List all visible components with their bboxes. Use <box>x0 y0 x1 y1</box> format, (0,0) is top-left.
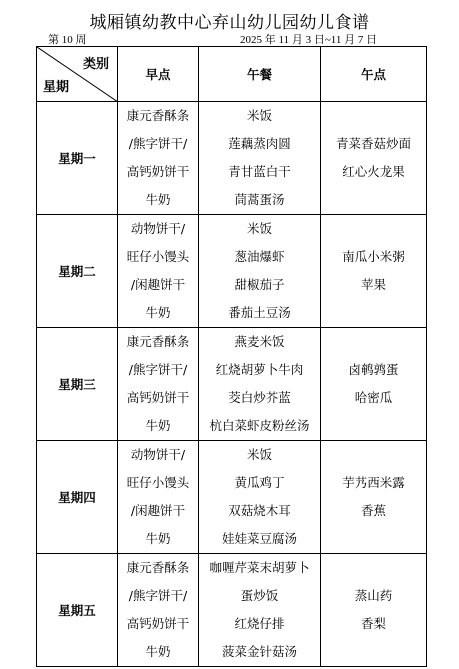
corner-header-cell: 类别 星期 <box>37 47 118 102</box>
category-label: 类别 <box>83 53 109 72</box>
day-cell: 星期五 <box>37 554 118 667</box>
breakfast-cell: 康元香酥条/熊字饼干/高钙奶饼干牛奶 <box>118 102 199 215</box>
menu-item: 康元香酥条 <box>118 102 198 130</box>
menu-item: 莲藕蒸肉圆 <box>199 130 320 158</box>
menu-item: 苹果 <box>321 271 426 299</box>
menu-item: 咖喱芹菜末胡萝卜 <box>199 554 320 582</box>
column-header-breakfast: 早点 <box>118 47 199 102</box>
column-header-snack: 午点 <box>321 47 427 102</box>
snack-cell: 青菜香菇炒面红心火龙果 <box>321 102 427 215</box>
lunch-cell: 米饭黄瓜鸡丁双菇烧木耳娃娃菜豆腐汤 <box>199 441 321 554</box>
menu-item: 番茄土豆汤 <box>199 299 320 327</box>
menu-item: 高钙奶饼干 <box>118 384 198 412</box>
menu-item: 芋艿西米露 <box>321 469 426 497</box>
menu-item: 牛奶 <box>118 186 198 214</box>
menu-item: 红烧胡萝卜牛肉 <box>199 356 320 384</box>
breakfast-cell: 康元香酥条/熊字饼干/高钙奶饼干牛奶 <box>118 328 199 441</box>
menu-item: 葱油爆虾 <box>199 243 320 271</box>
day-cell: 星期四 <box>37 441 118 554</box>
menu-item: /闲趣饼干 <box>118 497 198 525</box>
menu-item: /熊字饼干/ <box>118 130 198 158</box>
menu-item: 高钙奶饼干 <box>118 610 198 638</box>
menu-item: 杭白菜虾皮粉丝汤 <box>199 412 320 440</box>
column-header-lunch: 午餐 <box>199 47 321 102</box>
menu-item: 康元香酥条 <box>118 554 198 582</box>
menu-item: 南瓜小米粥 <box>321 243 426 271</box>
week-number: 第 10 周 <box>48 31 87 47</box>
menu-item: 米饭 <box>199 102 320 130</box>
table-row: 星期一康元香酥条/熊字饼干/高钙奶饼干牛奶米饭莲藕蒸肉圆青甘蓝白干茼蒿蛋汤青菜香… <box>37 102 427 215</box>
snack-cell: 蒸山药香梨 <box>321 554 427 667</box>
menu-item: 香蕉 <box>321 497 426 525</box>
menu-item: 动物饼干/ <box>118 215 198 243</box>
menu-item: 青菜香菇炒面 <box>321 130 426 158</box>
menu-item: 双菇烧木耳 <box>199 497 320 525</box>
day-cell: 星期二 <box>37 215 118 328</box>
menu-item: 红烧仔排 <box>199 610 320 638</box>
snack-cell: 卤鹌鹑蛋哈密瓜 <box>321 328 427 441</box>
snack-cell: 芋艿西米露香蕉 <box>321 441 427 554</box>
menu-item: 旺仔小馒头 <box>118 243 198 271</box>
menu-item: 动物饼干/ <box>118 441 198 469</box>
breakfast-cell: 动物饼干/旺仔小馒头/闲趣饼干牛奶 <box>118 441 199 554</box>
day-cell: 星期一 <box>37 102 118 215</box>
menu-item: 旺仔小馒头 <box>118 469 198 497</box>
snack-cell: 南瓜小米粥苹果 <box>321 215 427 328</box>
menu-item: /闲趣饼干 <box>118 271 198 299</box>
menu-item: 红心火龙果 <box>321 158 426 186</box>
breakfast-cell: 动物饼干/旺仔小馒头/闲趣饼干牛奶 <box>118 215 199 328</box>
menu-item: /熊字饼干/ <box>118 582 198 610</box>
menu-item: 牛奶 <box>118 412 198 440</box>
menu-item: 牛奶 <box>118 638 198 666</box>
menu-table: 类别 星期 早点 午餐 午点 星期一康元香酥条/熊字饼干/高钙奶饼干牛奶米饭莲藕… <box>36 46 427 667</box>
menu-item: 蒸山药 <box>321 582 426 610</box>
day-label: 星期 <box>43 76 69 95</box>
table-row: 星期三康元香酥条/熊字饼干/高钙奶饼干牛奶燕麦米饭红烧胡萝卜牛肉茭白炒芥蓝杭白菜… <box>37 328 427 441</box>
menu-item: 哈密瓜 <box>321 384 426 412</box>
menu-item: 蛋炒饭 <box>199 582 320 610</box>
day-cell: 星期三 <box>37 328 118 441</box>
menu-item: 高钙奶饼干 <box>118 158 198 186</box>
lunch-cell: 燕麦米饭红烧胡萝卜牛肉茭白炒芥蓝杭白菜虾皮粉丝汤 <box>199 328 321 441</box>
menu-item: 卤鹌鹑蛋 <box>321 356 426 384</box>
menu-item: 燕麦米饭 <box>199 328 320 356</box>
breakfast-cell: 康元香酥条/熊字饼干/高钙奶饼干牛奶 <box>118 554 199 667</box>
table-row: 星期五康元香酥条/熊字饼干/高钙奶饼干牛奶咖喱芹菜末胡萝卜蛋炒饭红烧仔排菠菜金针… <box>37 554 427 667</box>
lunch-cell: 米饭莲藕蒸肉圆青甘蓝白干茼蒿蛋汤 <box>199 102 321 215</box>
lunch-cell: 米饭葱油爆虾甜椒茄子番茄土豆汤 <box>199 215 321 328</box>
menu-item: 茭白炒芥蓝 <box>199 384 320 412</box>
menu-item: 香梨 <box>321 610 426 638</box>
menu-item: 青甘蓝白干 <box>199 158 320 186</box>
menu-title: 城厢镇幼教中心弃山幼儿园幼儿食谱 <box>0 8 459 33</box>
menu-item: 甜椒茄子 <box>199 271 320 299</box>
menu-item: 娃娃菜豆腐汤 <box>199 525 320 553</box>
date-range: 2025 年 11 月 3 日~11 月 7 日 <box>240 31 377 47</box>
menu-item: 菠菜金针菇汤 <box>199 638 320 666</box>
header-row: 类别 星期 早点 午餐 午点 <box>37 47 427 102</box>
menu-item: /熊字饼干/ <box>118 356 198 384</box>
menu-item: 康元香酥条 <box>118 328 198 356</box>
menu-item: 牛奶 <box>118 525 198 553</box>
table-row: 星期四动物饼干/旺仔小馒头/闲趣饼干牛奶米饭黄瓜鸡丁双菇烧木耳娃娃菜豆腐汤芋艿西… <box>37 441 427 554</box>
menu-item: 米饭 <box>199 441 320 469</box>
lunch-cell: 咖喱芹菜末胡萝卜蛋炒饭红烧仔排菠菜金针菇汤 <box>199 554 321 667</box>
menu-item: 米饭 <box>199 215 320 243</box>
table-row: 星期二动物饼干/旺仔小馒头/闲趣饼干牛奶米饭葱油爆虾甜椒茄子番茄土豆汤南瓜小米粥… <box>37 215 427 328</box>
menu-item: 牛奶 <box>118 299 198 327</box>
menu-item: 黄瓜鸡丁 <box>199 469 320 497</box>
menu-item: 茼蒿蛋汤 <box>199 186 320 214</box>
